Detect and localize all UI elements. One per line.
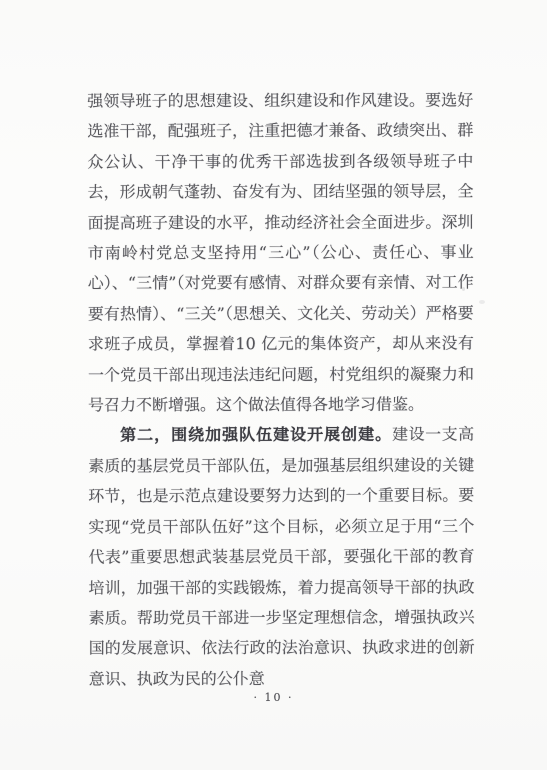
paragraph-text: 建设一支高素质的基层党员干部队伍，是加强基层组织建设的关键环节，也是示范点建设要… <box>88 425 475 688</box>
paragraph-continuation: 强领导班子的思想建设、组织建设和作风建设。要选好选准干部，配强班子，注重把德才兼… <box>87 85 474 420</box>
scan-speck <box>461 131 464 135</box>
scanned-document-page: 强领导班子的思想建设、组织建设和作风建设。要选好选准干部，配强班子，注重把德才兼… <box>0 0 547 770</box>
scan-speck <box>462 287 465 291</box>
paragraph-lead-bold: 第二，围绕加强队伍建设开展创建。 <box>120 425 392 445</box>
scan-speck <box>479 300 485 304</box>
scan-speck <box>460 214 463 217</box>
page-number: · 10 · <box>0 691 547 704</box>
paragraph-section-two: 第二，围绕加强队伍建设开展创建。建设一支高素质的基层党员干部队伍，是加强基层组织… <box>88 420 475 695</box>
scan-speck <box>460 370 463 373</box>
paragraph-text: 强领导班子的思想建设、组织建设和作风建设。要选好选准干部，配强班子，注重把德才兼… <box>87 90 474 414</box>
body-text-block: 强领导班子的思想建设、组织建设和作风建设。要选好选准干部，配强班子，注重把德才兼… <box>87 85 475 694</box>
